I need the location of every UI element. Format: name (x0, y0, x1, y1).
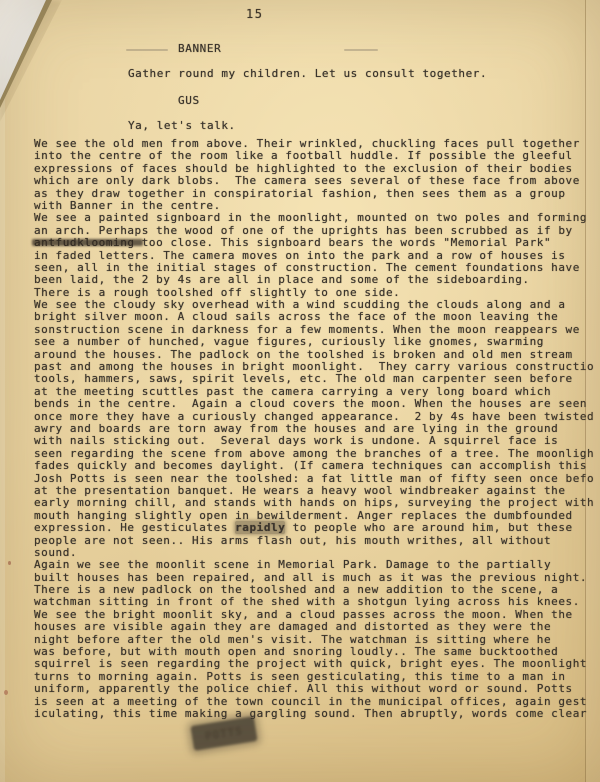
script-line: people are not seen.. His arms flash out… (34, 535, 600, 547)
smudge-text: rapidly (235, 521, 285, 534)
line-text: was before, but with mouth open and snor… (34, 645, 558, 658)
line-text: past and among the houses in bright moon… (34, 360, 594, 373)
dialogue-line-gus: Ya, let's talk. (128, 119, 236, 132)
character-cue-banner: BANNER (178, 42, 221, 55)
line-text: Again we see the moonlit scene in Memori… (34, 558, 551, 571)
ink-speck (4, 690, 8, 695)
line-text: with nails sticking out. Several days wo… (34, 434, 558, 447)
line-text: in faded letters. The camera moves on in… (34, 249, 566, 262)
line-text: turns to morning again. Potts is seen ge… (34, 670, 566, 683)
line-text: sonstruction scene in darkness for a few… (34, 323, 580, 336)
page-number: 15 (246, 7, 263, 21)
line-text: mouth hanging slightly open in bewilderm… (34, 509, 573, 522)
line-text: built houses has been repaired, and all … (34, 571, 587, 584)
line-text: at the meeting scuttles past the camera … (34, 385, 551, 398)
line-text: tools, hammers, saws, spirit levels, etc… (34, 372, 573, 385)
line-text: seen, all in the initial stages of const… (34, 261, 580, 274)
line-text: around the houses. The padlock on the to… (34, 348, 573, 361)
dialogue-line-banner: Gather round my children. Let us consult… (128, 67, 487, 80)
character-cue-gus: GUS (178, 94, 200, 107)
line-text: into the centre of the room like a footb… (34, 149, 573, 162)
line-text: been laid, the 2 by 4s are all in place … (34, 273, 530, 286)
line-text: watchman sitting in front of the shed wi… (34, 595, 580, 608)
line-text: once more they have a curiously changed … (34, 410, 594, 423)
line-text: at the presentation banquet. He wears a … (34, 484, 566, 497)
line-text: sound. (34, 546, 77, 559)
line-text: There is a new padlock on the toolshed a… (34, 583, 558, 596)
line-text: an arch. Perhaps the wood of one of the … (34, 224, 573, 237)
line-text: to people who are around him, but these (285, 521, 572, 534)
line-text: people are not seen.. His arms flash out… (34, 534, 551, 547)
line-text: as they draw together in conspiratorial … (34, 187, 566, 200)
line-text: We see the cloudy sky overhead with a wi… (34, 298, 566, 311)
line-text: Josh Potts is seen near the toolshed: a … (34, 472, 594, 485)
line-text: which are only dark blobs. The camera se… (34, 174, 580, 187)
line-text: with Banner in the centre. (34, 199, 221, 212)
line-text: see a number of hunched, vague figures, … (34, 335, 544, 348)
line-text: There is a rough toolshed off slightly t… (34, 286, 400, 299)
line-text: night before after the old men's visit. … (34, 633, 551, 646)
line-text: We see the bright moonlit sky, and a clo… (34, 608, 573, 621)
line-text: bright silver moon. A cloud sails across… (34, 310, 558, 323)
line-text: We see the old men from above. Their wri… (34, 137, 580, 150)
pencil-mark (344, 49, 378, 51)
line-text: bends in the centre. Again a cloud cover… (34, 397, 587, 410)
line-text: too close. This signboard bears the word… (142, 236, 551, 249)
line-text: seen regarding the scene from above amon… (34, 447, 594, 460)
line-text: uniform, apparently the police chief. Al… (34, 682, 573, 695)
pencil-mark (126, 49, 168, 51)
line-text: is seen at a meeting of the town council… (34, 695, 587, 708)
line-text: We see a painted signboard in the moonli… (34, 211, 587, 224)
line-text: iculating, this time making a gargling s… (34, 707, 587, 720)
blacked-out-stamp: POTTS (190, 716, 257, 751)
line-text: early morning chill, and stands with han… (34, 496, 594, 509)
overstruck-text: antfudklooming (34, 236, 142, 249)
page-left-margin (0, 95, 5, 782)
body-text: We see the old men from above. Their wri… (34, 138, 600, 720)
line-text: houses are visible again they are damage… (34, 620, 551, 633)
ink-speck (8, 561, 11, 565)
line-text: squirrel is seen regarding the project w… (34, 657, 587, 670)
line-text: awry and boards are torn away from the h… (34, 422, 558, 435)
script-line: iculating, this time making a gargling s… (34, 708, 600, 720)
line-text: expressions of faces should be highlight… (34, 162, 573, 175)
typewritten-script-page: 15 BANNER Gather round my children. Let … (0, 0, 600, 782)
line-text: expression. He gesticulates (34, 521, 235, 534)
line-text: fades quickly and becomes daylight. (If … (34, 459, 587, 472)
